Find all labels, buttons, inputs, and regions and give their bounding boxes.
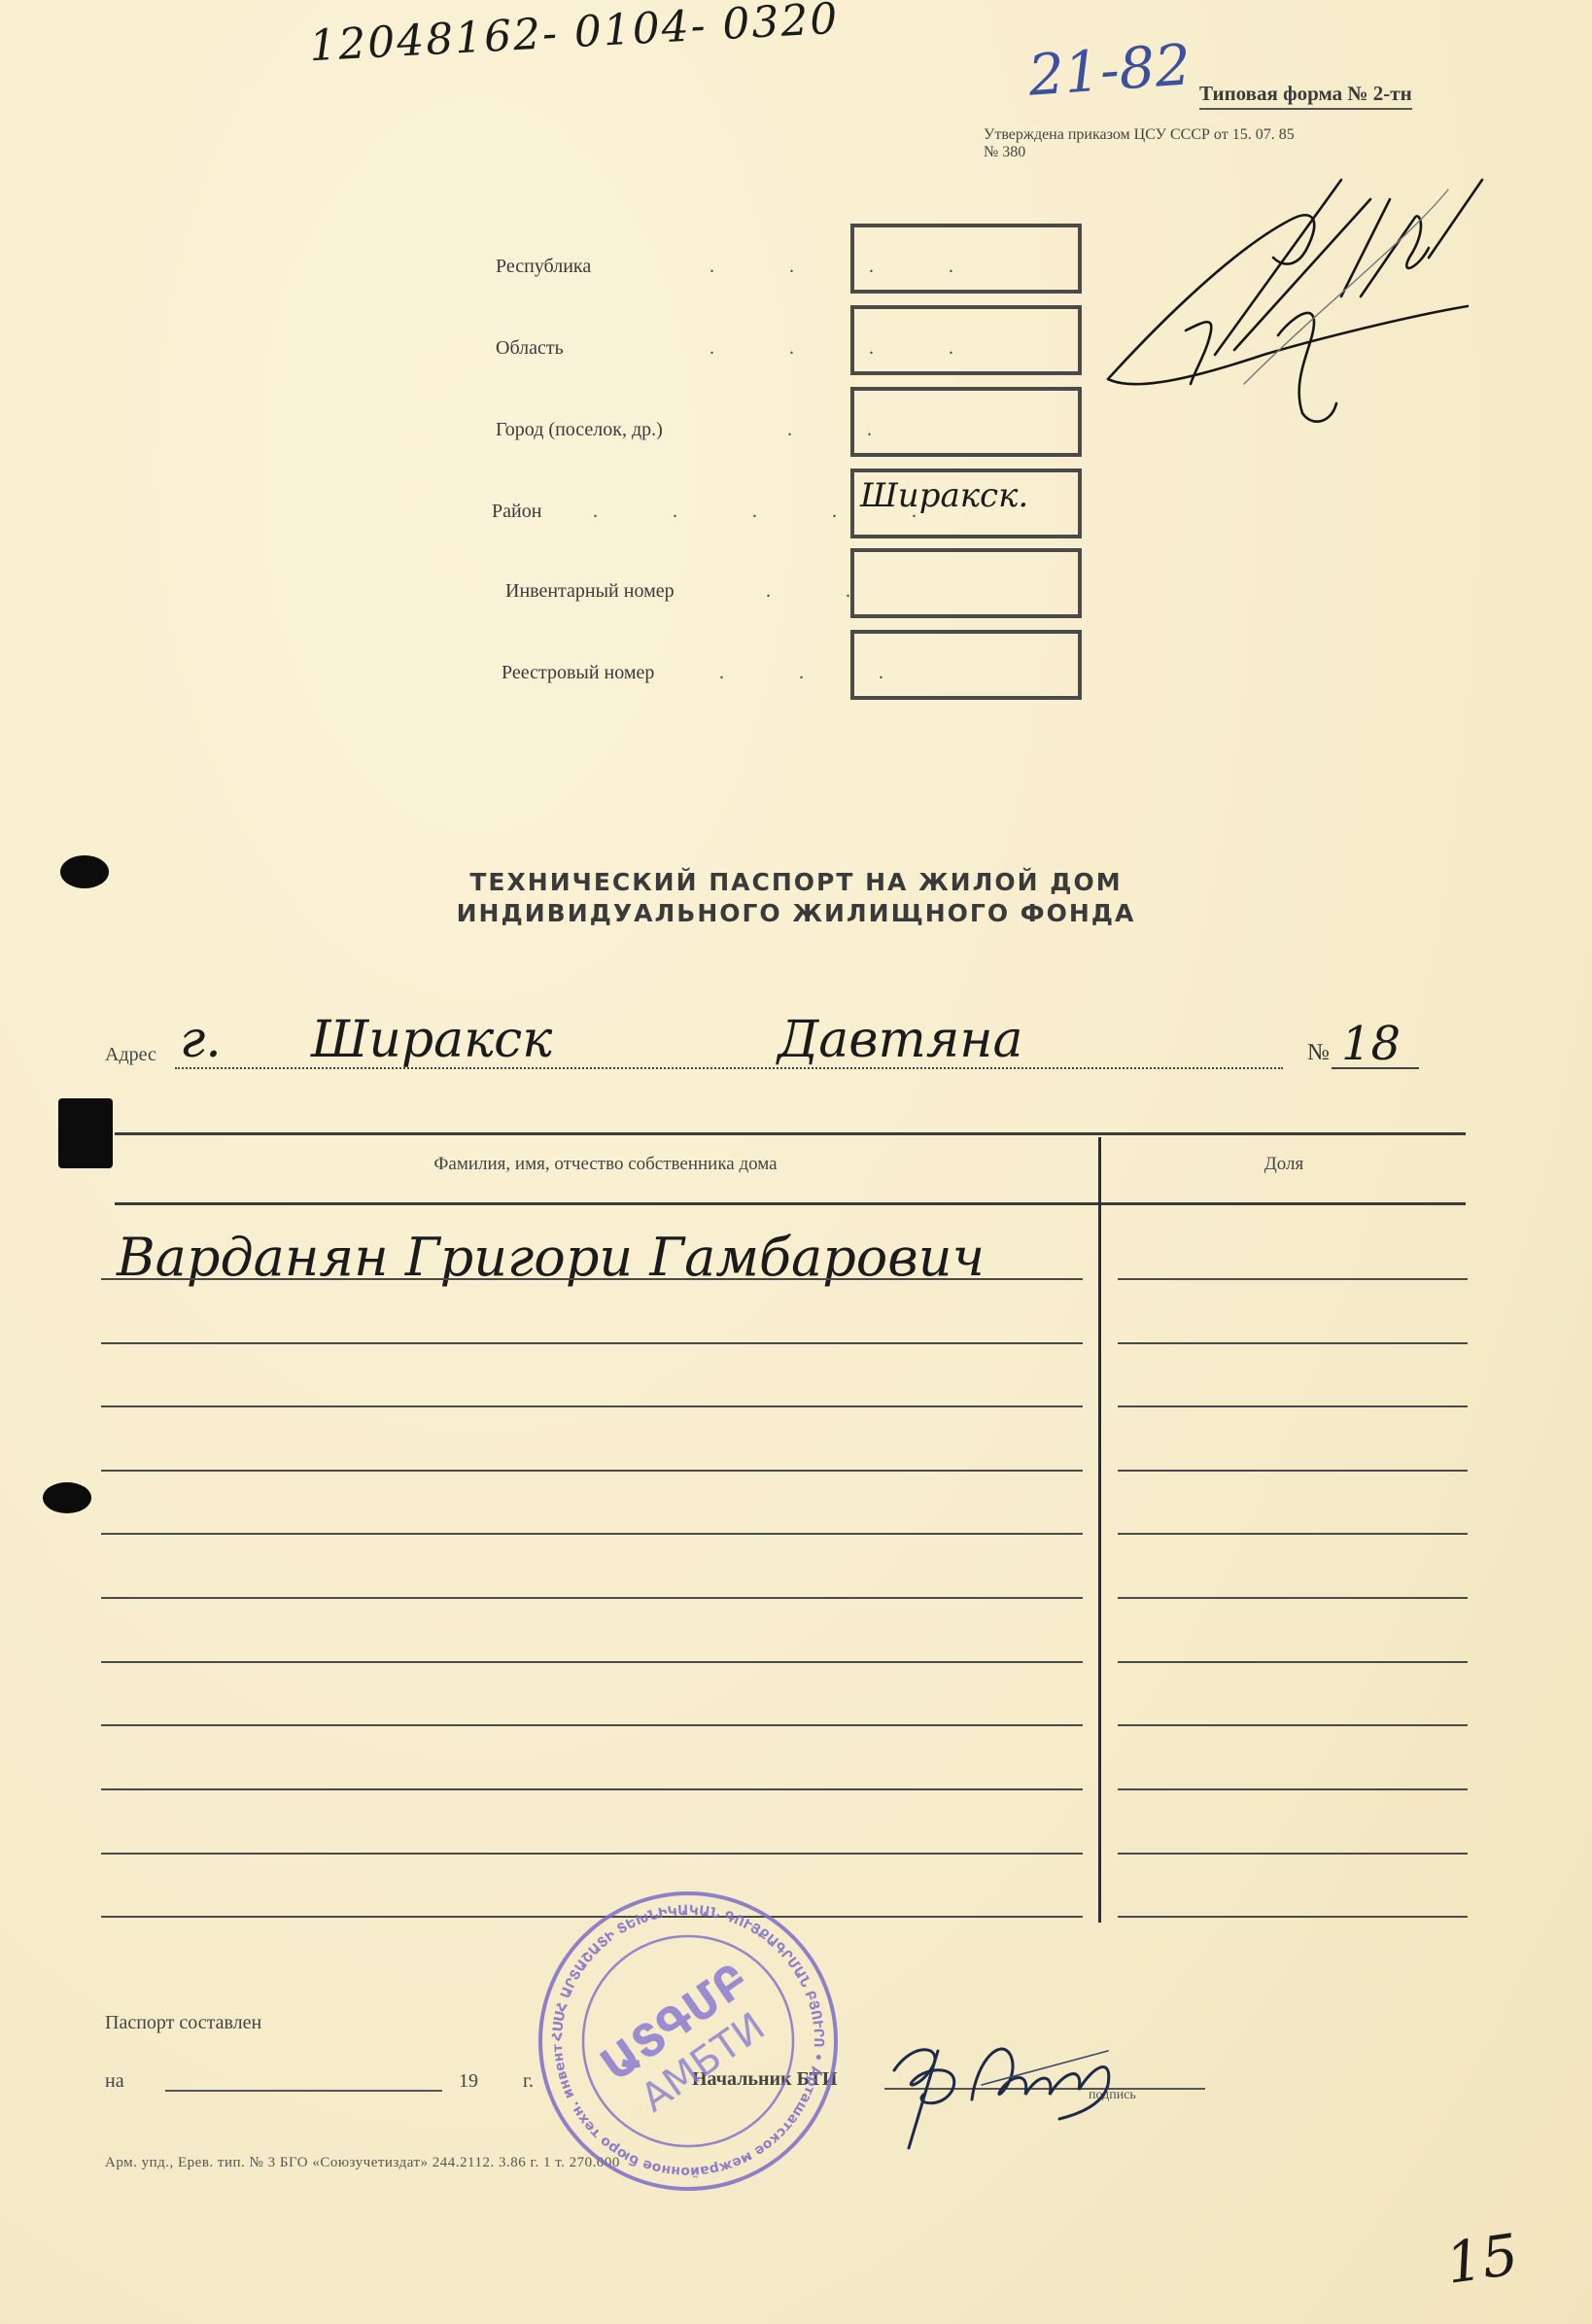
table-row-share[interactable] <box>1118 1597 1468 1599</box>
table-row-share[interactable] <box>1118 1788 1468 1790</box>
signature-chief-icon <box>884 2012 1157 2158</box>
registry-row-republic: Республика . . . . <box>496 224 1079 299</box>
table-row-share[interactable] <box>1118 1405 1468 1407</box>
title-line-2: ИНДИВИДУАЛЬНОГО ЖИЛИЩНОГО ФОНДА <box>0 898 1592 929</box>
table-row-share[interactable] <box>1118 1470 1468 1472</box>
address-number-label: № <box>1307 1040 1330 1066</box>
registry-label: Город (поселок, др.) <box>496 419 663 441</box>
approval-note: Утверждена приказом ЦСУ СССР от 15. 07. … <box>984 126 1489 161</box>
table-header-border <box>115 1202 1466 1205</box>
address-prefix[interactable]: г. <box>180 1011 222 1069</box>
table-column-divider <box>1098 1137 1101 1923</box>
punch-hole-icon <box>58 1098 113 1168</box>
registry-box-register[interactable] <box>850 630 1082 700</box>
table-row[interactable] <box>101 1853 1083 1855</box>
address-city[interactable]: Ширакск <box>311 1011 552 1069</box>
table-row[interactable] <box>101 1342 1083 1344</box>
registry-row-inventory: Инвентарный номер . . <box>496 548 1079 624</box>
approval-line-2: № 380 <box>984 144 1489 161</box>
registry-box-city[interactable] <box>850 387 1082 457</box>
year-prefix: 19 <box>459 2070 478 2093</box>
address-number[interactable]: 18 <box>1341 1017 1401 1071</box>
registry-row-district: Район . . . . . Ширакск. <box>496 468 1079 544</box>
registry-box-district[interactable]: Ширакск. <box>850 468 1082 538</box>
table-row-share[interactable] <box>1118 1853 1468 1855</box>
table-row-share[interactable] <box>1118 1533 1468 1535</box>
table-row[interactable] <box>101 1597 1083 1599</box>
punch-hole-icon <box>43 1482 91 1513</box>
registry-label: Инвентарный номер <box>505 580 675 603</box>
page-number: 15 <box>1442 2221 1523 2297</box>
date-field[interactable] <box>165 2090 442 2092</box>
registry-box-republic[interactable] <box>850 224 1082 294</box>
column-header-owner: Фамилия, имя, отчество собственника дома <box>115 1154 1096 1175</box>
sheet-code: 21-82 <box>1026 31 1194 108</box>
registry-row-register: Реестровый номер . . . <box>496 630 1079 706</box>
date-on-label: на <box>105 2070 124 2093</box>
table-row-share[interactable] <box>1118 1724 1468 1726</box>
archive-number: 12048162- 0104- 0320 <box>308 0 841 71</box>
registry-label: Район <box>492 501 541 523</box>
table-row-share[interactable] <box>1118 1916 1468 1918</box>
table-row-share[interactable] <box>1118 1342 1468 1344</box>
table-row[interactable] <box>101 1788 1083 1790</box>
table-row[interactable] <box>101 1724 1083 1726</box>
table-row[interactable] <box>101 1470 1083 1472</box>
address-street[interactable]: Давтяна <box>778 1011 1023 1069</box>
registry-box-region[interactable] <box>850 305 1082 375</box>
page-title: ТЕХНИЧЕСКИЙ ПАСПОРТ НА ЖИЛОЙ ДОМ ИНДИВИД… <box>0 867 1592 929</box>
table-row[interactable] <box>101 1533 1083 1535</box>
registry-row-region: Область . . . . <box>496 305 1079 381</box>
title-line-1: ТЕХНИЧЕСКИЙ ПАСПОРТ НА ЖИЛОЙ ДОМ <box>0 867 1592 898</box>
table-row[interactable] <box>101 1405 1083 1407</box>
address-label: Адрес <box>105 1044 156 1066</box>
approval-line-1: Утверждена приказом ЦСУ СССР от 15. 07. … <box>984 126 1489 144</box>
form-number: Типовая форма № 2-тн <box>1199 82 1412 110</box>
registry-value-district: Ширакск. <box>860 476 1028 515</box>
table-row-share[interactable] <box>1118 1661 1468 1663</box>
registry-label: Реестровый номер <box>502 662 654 684</box>
official-stamp-icon: ՀՍՍՀ ԱՐՏԱՇԱՏԻ ՏԵԽՆԻԿԱԿԱՆ ԳՈՒՅՔԱԳՐՄԱՆ ԲՅՈ… <box>533 1886 844 2197</box>
table-row[interactable] <box>101 1278 1083 1280</box>
column-header-share: Доля <box>1102 1154 1466 1175</box>
table-row-share[interactable] <box>1118 1278 1468 1280</box>
registry-label: Область <box>496 337 564 360</box>
registry-label: Республика <box>496 256 591 278</box>
signature-top-icon <box>1098 160 1506 433</box>
address-number-value: 18 <box>1341 1017 1401 1071</box>
passport-compiled-label: Паспорт составлен <box>105 2012 261 2034</box>
table-row[interactable] <box>101 1661 1083 1663</box>
table-top-border <box>115 1132 1466 1135</box>
registry-box-inventory[interactable] <box>850 548 1082 618</box>
registry-row-city: Город (поселок, др.) . . <box>496 387 1079 463</box>
